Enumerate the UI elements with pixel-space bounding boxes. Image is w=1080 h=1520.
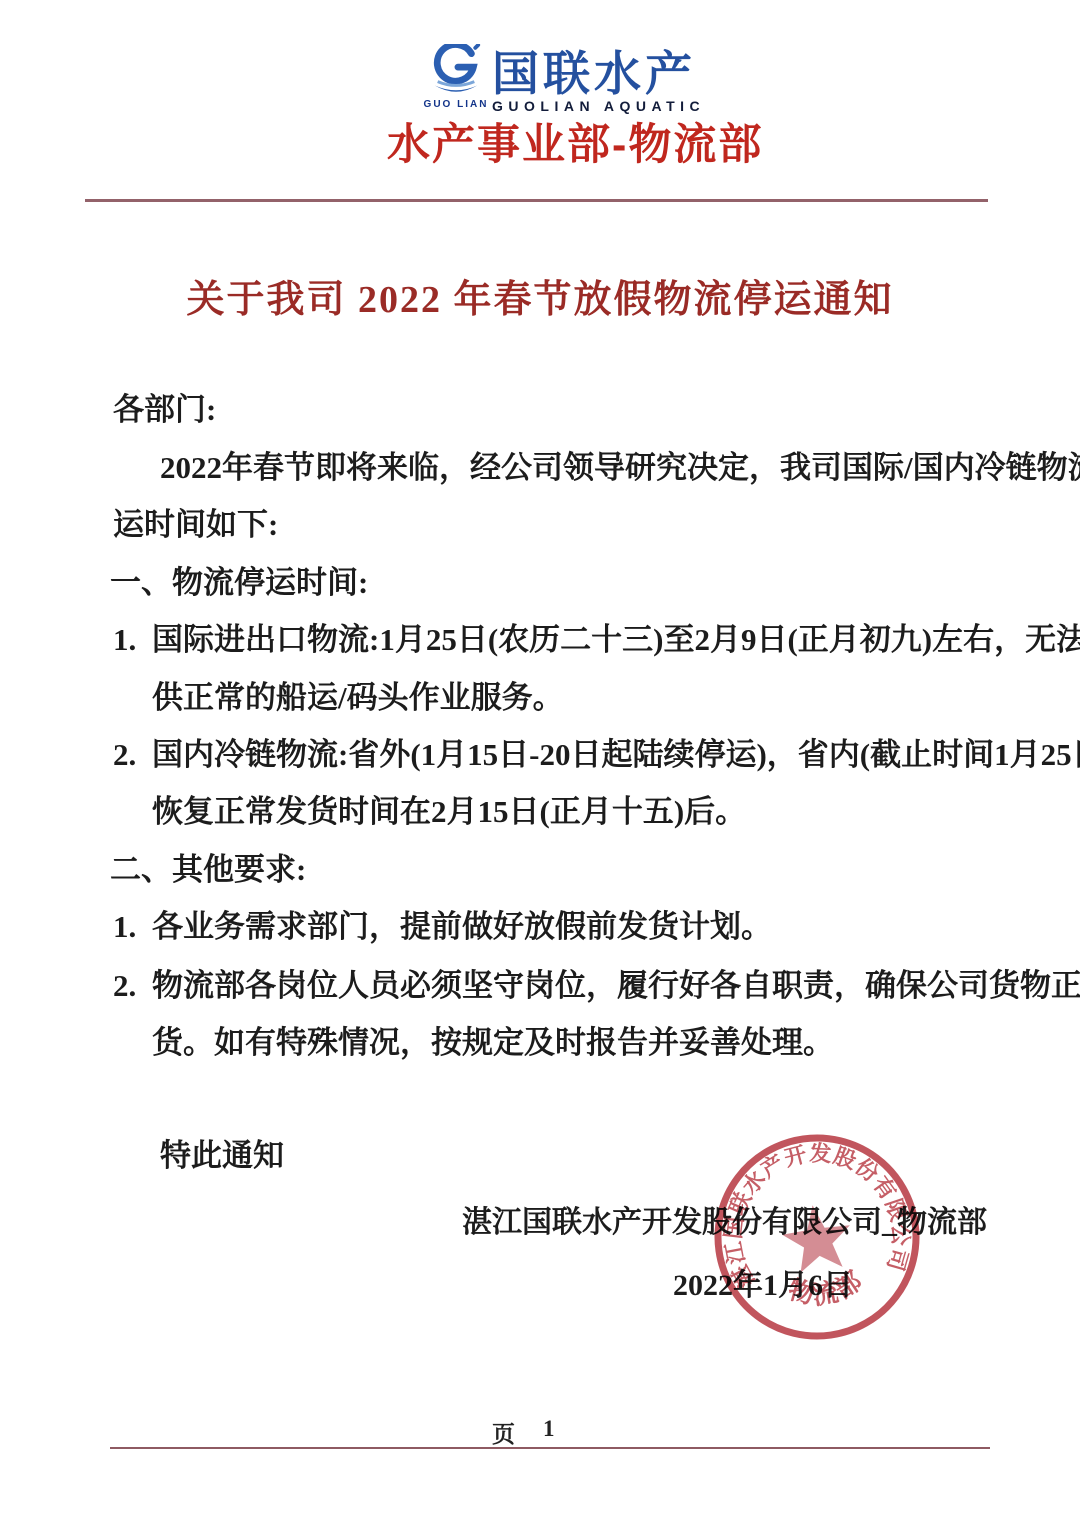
company-seal-stamp: 湛江国联水产开发股份有限公司 物流部 xyxy=(681,1101,952,1372)
guolian-logo-icon xyxy=(427,44,485,98)
list-item-continuation: 货。如有特殊情况，按规定及时报告并妥善处理。 xyxy=(152,1025,834,1061)
list-item: 1. 国际进出口物流:1月25日(农历二十三)至2月9日(正月初九)左右，无法提 xyxy=(113,622,1080,658)
list-item-continuation: 恢复正常发货时间在2月15日(正月十五)后。 xyxy=(152,794,746,830)
svg-text:物流部: 物流部 xyxy=(781,1263,871,1314)
list-item: 2. 物流部各岗位人员必须坚守岗位，履行好各自职责，确保公司货物正常发 xyxy=(113,968,1080,1004)
logo-company-name-en: GUOLIAN AQUATIC xyxy=(492,99,705,113)
list-item-number: 1. xyxy=(113,622,152,658)
list-item-continuation: 供正常的船运/码头作业服务。 xyxy=(152,680,564,716)
logo-company-name-cn: 国联水产 xyxy=(492,50,696,97)
list-item-text: 各业务需求部门，提前做好放假前发货计划。 xyxy=(152,909,772,945)
header-divider xyxy=(85,199,988,202)
document-title: 关于我司 2022 年春节放假物流停运通知 xyxy=(0,278,1080,324)
logo-caption: GUO LIAN xyxy=(416,99,496,110)
closing-notice: 特此通知 xyxy=(160,1138,284,1174)
page-indicator: 页 1 xyxy=(492,1416,555,1449)
section-1-heading: 一、物流停运时间: xyxy=(110,565,368,601)
list-item-text: 国内冷链物流:省外(1月15日-20日起陆续停运)，省内(截止时间1月25日)， xyxy=(152,737,1080,773)
page-label: 页 xyxy=(492,1416,515,1449)
list-item: 2. 国内冷链物流:省外(1月15日-20日起陆续停运)，省内(截止时间1月25… xyxy=(113,737,1080,773)
list-item-number: 2. xyxy=(113,737,152,773)
stamp-bottom-text: 物流部 xyxy=(781,1263,871,1314)
section-2-heading: 二、其他要求: xyxy=(110,852,306,888)
paragraph-line: 2022年春节即将来临，经公司领导研究决定，我司国际/国内冷链物流停 xyxy=(160,450,1080,486)
notice-document: GUO LIAN 国联水产 GUOLIAN AQUATIC 水产事业部-物流部 … xyxy=(0,0,1080,1520)
list-item-number: 2. xyxy=(113,968,152,1004)
list-item-text: 物流部各岗位人员必须坚守岗位，履行好各自职责，确保公司货物正常发 xyxy=(152,968,1080,1004)
list-item: 1. 各业务需求部门，提前做好放假前发货计划。 xyxy=(113,909,772,945)
paragraph-line: 运时间如下: xyxy=(113,507,278,543)
list-item-number: 1. xyxy=(113,909,152,945)
page-number: 1 xyxy=(543,1416,555,1449)
footer-divider xyxy=(110,1447,990,1449)
stamp-star-icon xyxy=(779,1201,856,1275)
department-heading: 水产事业部-物流部 xyxy=(387,124,763,167)
list-item-text: 国际进出口物流:1月25日(农历二十三)至2月9日(正月初九)左右，无法提 xyxy=(152,622,1080,658)
salutation: 各部门: xyxy=(113,392,216,428)
